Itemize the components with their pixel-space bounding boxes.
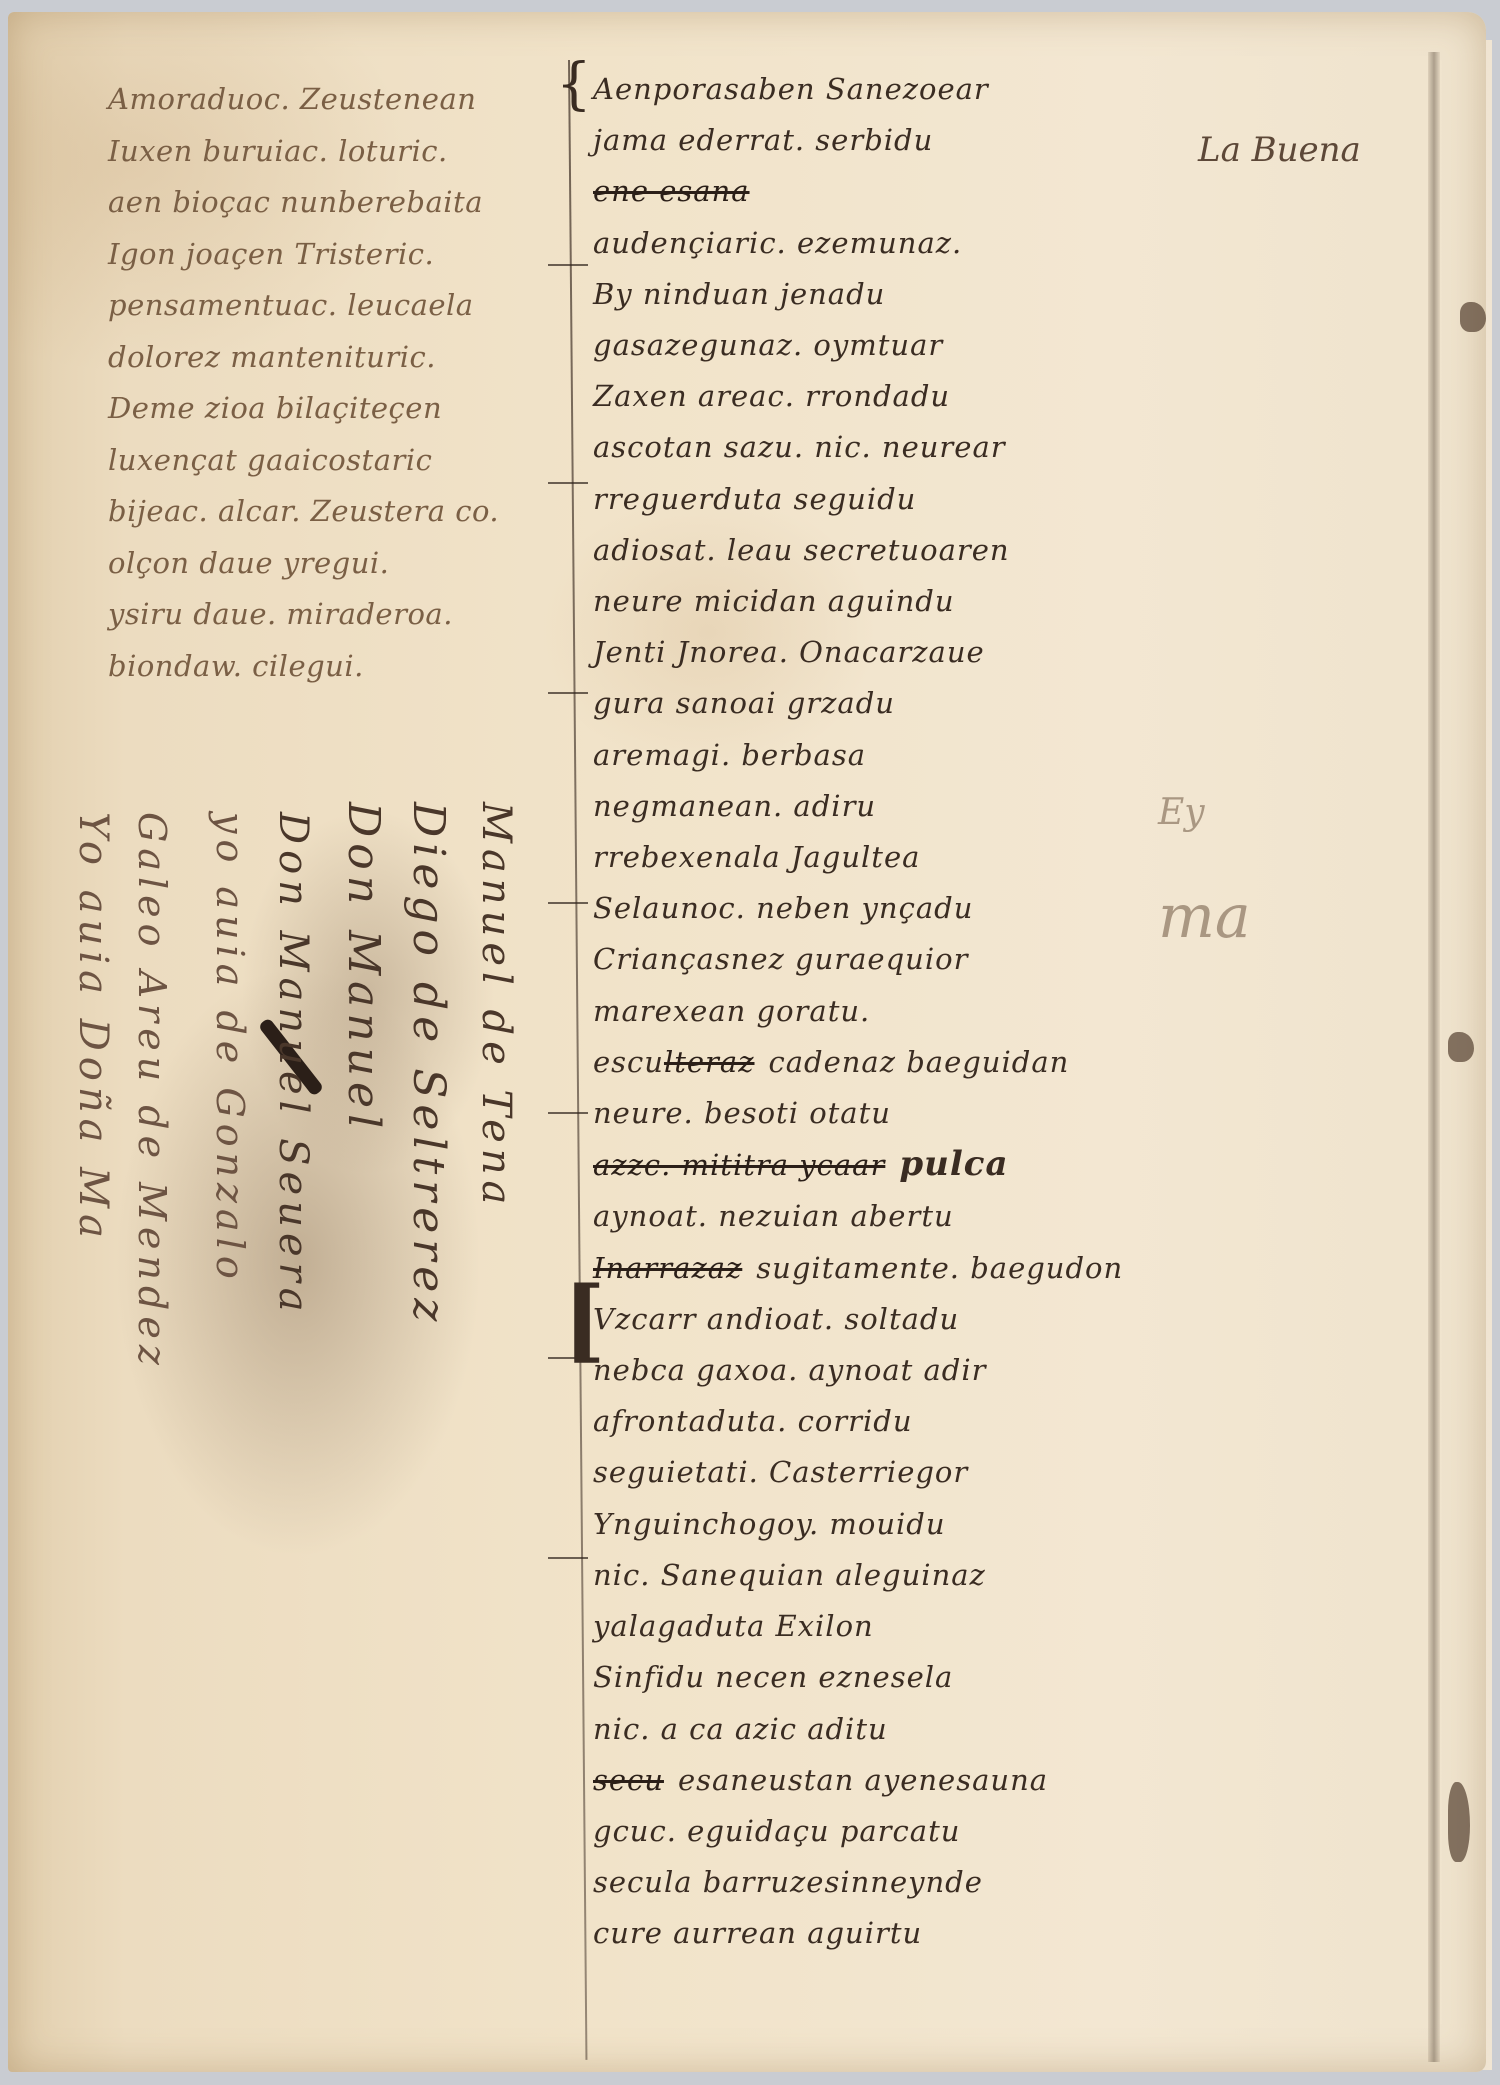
inserted-text: esaneustan ayenesauna <box>678 1763 1048 1797</box>
verse-line: Zaxen areac. rrondadu <box>593 371 1413 422</box>
verse-line: dolorez mantenituric. <box>108 332 568 384</box>
pen-trial-vertical: Manuel de Tena <box>473 802 519 1210</box>
inserted-text: sugitamente. baegudon <box>756 1251 1123 1285</box>
verse-line: Aenporasaben Sanezoear <box>593 64 1413 115</box>
verse-line: adiosat. leau secretuoaren <box>593 525 1413 576</box>
verse-line: aen bioçac nunberebaita <box>108 177 568 229</box>
verse-line: cure aurrean aguirtu <box>593 1908 1413 1959</box>
line-text: Sinfidu necen eznesela <box>593 1660 953 1694</box>
verse-line: neure micidan aguindu <box>593 576 1413 627</box>
verse-line: jama ederrat. serbidu <box>593 115 1413 166</box>
line-text: afrontaduta. corridu <box>593 1404 913 1438</box>
verse-line: negmanean. adiru <box>593 781 1413 832</box>
binding-tear <box>1460 302 1486 332</box>
verse-line: Ynguinchogoy. mouidu <box>593 1499 1413 1550</box>
line-text: gura sanoai grzadu <box>593 686 895 720</box>
verse-line: rreguerduta seguidu <box>593 474 1413 525</box>
verse-line: pensamentuac. leucaela <box>108 280 568 332</box>
margin-tick <box>548 1557 588 1559</box>
pen-trial-vertical: Don Manuel Seuera <box>270 812 316 1318</box>
verse-line: azzc. mititra ycaarpulca <box>593 1139 1413 1191</box>
margin-tick <box>548 902 588 904</box>
verse-line: secuesaneustan ayenesauna <box>593 1755 1413 1806</box>
verse-line: Inarrazazsugitamente. baegudon <box>593 1243 1413 1294</box>
line-text: aynoat. nezuian abertu <box>593 1199 954 1233</box>
line-text: gcuc. eguidaçu parcatu <box>593 1814 960 1848</box>
line-text: Selaunoc. neben ynçadu <box>593 891 973 925</box>
inserted-text: cadenaz baeguidan <box>769 1045 1070 1079</box>
verse-line: marexean goratu. <box>593 986 1413 1037</box>
line-text: negmanean. adiru <box>593 789 876 823</box>
verse-line: gasazegunaz. oymtuar <box>593 320 1413 371</box>
line-text: rreguerduta seguidu <box>593 482 916 516</box>
verse-line: neure. besoti otatu <box>593 1088 1413 1139</box>
margin-tick <box>548 692 588 694</box>
verse-line: Selaunoc. neben ynçadu <box>593 883 1413 934</box>
line-text: nic. Sanequian aleguinaz <box>593 1558 986 1592</box>
verse-line: nic. a ca azic aditu <box>593 1704 1413 1755</box>
pen-trial-vertical: yo auia de Gonzalo <box>208 812 252 1285</box>
pen-trial-vertical: Don Manuel <box>338 802 389 1134</box>
line-text: gasazegunaz. oymtuar <box>593 328 943 362</box>
line-text: Vzcarr andioat. soltadu <box>593 1302 959 1336</box>
verse-line: seguietati. Casterriegor <box>593 1447 1413 1498</box>
line-text: cure aurrean aguirtu <box>593 1916 922 1950</box>
line-text: aremagi. berbasa <box>593 738 866 772</box>
verse-line: aynoat. nezuian abertu <box>593 1191 1413 1242</box>
struck-text: secu <box>593 1763 664 1797</box>
line-text: Jenti Jnorea. Onacarzaue <box>593 635 985 669</box>
verse-line: By ninduan jenadu <box>593 269 1413 320</box>
line-text: Zaxen areac. rrondadu <box>593 379 950 413</box>
verse-line: bijeac. alcar. Zeustera co. <box>108 486 568 538</box>
line-text: Aenporasaben Sanezoear <box>593 72 989 106</box>
line-text: neure. besoti otatu <box>593 1096 891 1130</box>
verse-line: audençiaric. ezemunaz. <box>593 218 1413 269</box>
line-text: adiosat. leau secretuoaren <box>593 533 1010 567</box>
line-text: By ninduan jenadu <box>593 277 885 311</box>
line-text: neure micidan aguindu <box>593 584 955 618</box>
verse-line: olçon daue yregui. <box>108 538 568 590</box>
line-text: nic. a ca azic aditu <box>593 1712 888 1746</box>
line-text: escu <box>593 1045 664 1079</box>
line-text: marexean goratu. <box>593 994 870 1028</box>
verse-line: gura sanoai grzadu <box>593 678 1413 729</box>
verse-line: nebca gaxoa. aynoat adir <box>593 1345 1413 1396</box>
verse-line: Vzcarr andioat. soltadu <box>593 1294 1413 1345</box>
struck-text: lteraz <box>664 1045 755 1079</box>
verse-line: secula barruzesinneynde <box>593 1857 1413 1908</box>
verse-line: yalagaduta Exilon <box>593 1601 1413 1652</box>
line-text: nebca gaxoa. aynoat adir <box>593 1353 987 1387</box>
verse-line: ene esana <box>593 166 1413 217</box>
line-text: seguietati. Casterriegor <box>593 1455 968 1489</box>
verse-line: Amoraduoc. Zeustenean <box>108 74 568 126</box>
verse-line: gcuc. eguidaçu parcatu <box>593 1806 1413 1857</box>
pen-trial-vertical: Diego de Seltrerez <box>403 802 454 1327</box>
verse-line: biondaw. cilegui. <box>108 641 568 693</box>
verse-line: Jenti Jnorea. Onacarzaue <box>593 627 1413 678</box>
manuscript-page: { [ La Buena Ey ma Amoraduoc. Zeustenean… <box>8 12 1486 2072</box>
right-column-verse: Aenporasaben Sanezoear jama ederrat. ser… <box>593 64 1413 1960</box>
struck-text: azzc. mititra ycaar <box>593 1148 885 1182</box>
struck-text: Inarrazaz <box>593 1251 742 1285</box>
verse-line: aremagi. berbasa <box>593 730 1413 781</box>
binding-tear <box>1448 1782 1470 1862</box>
line-text: rrebexenala Jagultea <box>593 840 920 874</box>
inserted-text: pulca <box>899 1144 1008 1184</box>
verse-line: Criançasnez guraequior <box>593 934 1413 985</box>
left-column-verse: Amoraduoc. Zeustenean Iuxen buruiac. lot… <box>108 74 568 692</box>
verse-line: ascotan sazu. nic. neurear <box>593 422 1413 473</box>
verse-line: nic. Sanequian aleguinaz <box>593 1550 1413 1601</box>
line-text: audençiaric. ezemunaz. <box>593 226 962 260</box>
line-text: Criançasnez guraequior <box>593 942 968 976</box>
binding-spine <box>1428 52 1440 2062</box>
verse-line: ysiru daue. miraderoa. <box>108 589 568 641</box>
line-text: jama ederrat. serbidu <box>593 123 933 157</box>
verse-line: rrebexenala Jagultea <box>593 832 1413 883</box>
verse-line: esculterazcadenaz baeguidan <box>593 1037 1413 1088</box>
verse-line: luxençat gaaicostaric <box>108 435 568 487</box>
line-text: secula barruzesinneynde <box>593 1865 983 1899</box>
binding-tear <box>1448 1032 1474 1062</box>
verse-line: Sinfidu necen eznesela <box>593 1652 1413 1703</box>
line-text: yalagaduta Exilon <box>593 1609 874 1643</box>
verse-line: Igon joaçen Tristeric. <box>108 229 568 281</box>
pen-trial-vertical: Yo auia Doña Ma <box>70 812 116 1244</box>
verse-line: Iuxen buruiac. loturic. <box>108 126 568 178</box>
pen-trial-vertical: Galeo Areu de Mendez <box>130 812 174 1371</box>
struck-text: ene esana <box>593 174 750 208</box>
line-text: Ynguinchogoy. mouidu <box>593 1507 946 1541</box>
verse-line: afrontaduta. corridu <box>593 1396 1413 1447</box>
verse-line: Deme zioa bilaçiteçen <box>108 383 568 435</box>
column-rule <box>568 60 587 2060</box>
line-text: ascotan sazu. nic. neurear <box>593 430 1006 464</box>
margin-tick <box>548 1112 588 1114</box>
